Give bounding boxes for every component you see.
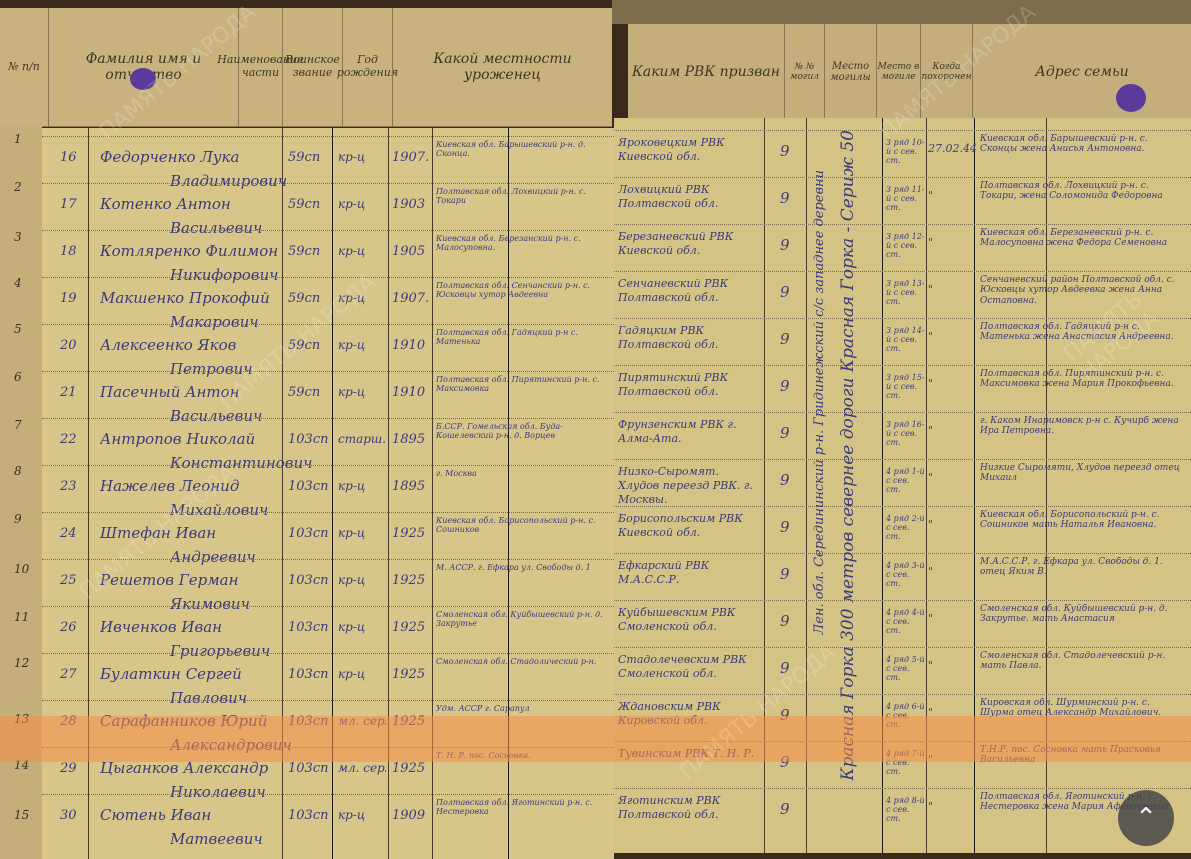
unit: 103сп [288,714,328,729]
burial-date: " [928,518,933,531]
scroll-to-top-button[interactable]: ⌃ [1118,790,1174,846]
surname-name: Котляренко Филимон [100,242,278,260]
rvk: Яготинским РВК Полтавской обл. [618,794,762,822]
grave-number: 9 [780,518,790,536]
burial-date: " [928,377,933,390]
surname-name: Пасечный Антон [100,383,240,401]
family-address: Киевская обл. Борисопольский р-н. с. Сош… [980,510,1186,531]
row-number: 16 [60,150,77,165]
birth-year: 1925 [392,620,425,635]
rank: кр-ц [338,808,386,822]
margin-number: 4 [14,276,22,290]
margin-number: 9 [14,512,22,526]
rvk: Ефкарский РВК М.А.С.С.Р. [618,559,762,587]
surname-name: Макшенко Прокофий [100,289,270,307]
grave-number: 9 [780,659,790,677]
grave-position: 4 ряд 5-й с сев. ст. [886,655,926,683]
unit: 59сп [288,197,320,212]
table-row: 30Сютень ИванМатвеевич103спкр-ц1909Полта… [42,794,614,858]
burial-date: " [928,471,933,484]
birth-year: 1925 [392,573,425,588]
birth-year: 1910 [392,338,425,353]
header-col-grave-place: Место могилы [824,24,876,120]
burial-date: " [928,283,933,296]
burial-date: " [928,330,933,343]
margin-number: 11 [14,610,29,624]
surname-name: Котенко Антон [100,195,231,213]
burial-date: " [928,236,933,249]
surname-name: Цыганков Александр [100,759,268,777]
burial-date: 27.02.44 [928,142,977,155]
origin: Киевская обл. Барышевский р-н. д. Сконца… [436,140,614,158]
margin-number: 10 [14,562,29,576]
unit: 59сп [288,244,320,259]
family-address: М.А.С.С.Р. г. Ефкара ул. Свободы д. 1. о… [980,557,1186,578]
row-number: 30 [60,808,77,823]
unit: 59сп [288,291,320,306]
burial-date: " [928,189,933,202]
unit: 103сп [288,479,328,494]
origin: Смоленская обл. Куйбышевский р-н. д. Зак… [436,610,614,628]
grave-number: 9 [780,424,790,442]
row-number: 22 [60,432,77,447]
unit: 103сп [288,573,328,588]
margin-number: 2 [14,180,22,194]
rvk: Березаневский РВК Киевской обл. [618,230,762,258]
unit: 103сп [288,808,328,823]
grave-position: 3 ряд 14-й с сев. ст. [886,326,926,354]
rvk: Тувинским РВК Т. Н. Р. [618,747,762,761]
rvk: Сенчаневский РВК Полтавской обл. [618,277,762,305]
row-number: 17 [60,197,77,212]
grave-position: 4 ряд 6-й с сев. ст. [886,702,926,730]
grave-position: 4 ряд 4-й с сев. ст. [886,608,926,636]
grave-number: 9 [780,565,790,583]
birth-year: 1910 [392,385,425,400]
row-number: 27 [60,667,77,682]
rvk: Низко-Сыромят. Хлудов переезд РВК. г. Мо… [618,465,762,506]
unit: 103сп [288,761,328,776]
burial-date: " [928,565,933,578]
row-number: 23 [60,479,77,494]
rvk: Пирятинский РВК Полтавской обл. [618,371,762,399]
origin: Полтавская обл. Сенчанский р-н. с. Юсков… [436,281,614,299]
margin-number: 6 [14,370,22,384]
origin: М. АССР. г. Ефкара ул. Свободы д. 1 [436,563,614,572]
burial-date: " [928,753,933,766]
row-number: 21 [60,385,77,400]
rank: кр-ц [338,667,386,681]
grave-number: 9 [780,236,790,254]
ink-stain [130,68,156,90]
grave-number: 9 [780,189,790,207]
grave-position: 3 ряд 12-й с сев. ст. [886,232,926,260]
header-right: Каким РВК призван № № могил Место могилы… [628,24,1191,120]
birth-year: 1925 [392,526,425,541]
ink-stain [1116,84,1146,112]
rank: мл. серж. [338,761,386,775]
origin: Киевская обл. Березанский р-н. с. Малосу… [436,234,614,252]
origin: Смоленская обл. Стадолический р-н. [436,657,614,666]
burial-date: " [928,612,933,625]
burial-date: " [928,800,933,813]
rank: кр-ц [338,479,386,493]
row-number: 29 [60,761,77,776]
origin: Удм. АССР г. Сарапул [436,704,614,713]
grave-number: 9 [780,753,790,771]
surname-name: Нажелев Леонид [100,477,239,495]
header-col-family: Адрес семьи [972,24,1191,120]
origin: Полтавская обл. Лохвицкий р-н. с. Токари [436,187,614,205]
origin: г. Москва [436,469,614,478]
rank: кр-ц [338,291,386,305]
margin-number: 15 [14,808,29,822]
row-number: 18 [60,244,77,259]
unit: 59сп [288,338,320,353]
margin-number: 12 [14,656,29,670]
rank: кр-ц [338,526,386,540]
grave-number: 9 [780,800,790,818]
grave-number: 9 [780,377,790,395]
unit: 103сп [288,526,328,541]
surname-name: Решетов Герман [100,571,238,589]
burial-date: " [928,706,933,719]
margin-number: 5 [14,322,22,336]
grave-number: 9 [780,612,790,630]
header-col-origin: Какой местности уроженец [392,8,612,126]
grave-number: 9 [780,142,790,160]
unit: 103сп [288,620,328,635]
birth-year: 1895 [392,432,425,447]
rank: кр-ц [338,385,386,399]
grave-number: 9 [780,706,790,724]
family-address: Смоленская обл. Куйбышевский р-н. д. Зак… [980,604,1186,625]
rvk: Лохвицкий РВК Полтавской обл. [618,183,762,211]
margin-number: 8 [14,464,22,478]
header-col-rank: Воинское звание [282,8,342,126]
family-address: Полтавская обл. Пирятинский р-н. с. Макс… [980,369,1186,390]
unit: 103сп [288,667,328,682]
margin-number: 3 [14,230,22,244]
rank: кр-ц [338,573,386,587]
rank: кр-ц [338,620,386,634]
origin: Т. Н. Р. пос. Сосновка. [436,751,614,760]
surname-name: Булаткин Сергей [100,665,242,683]
surname-name: Федорченко Лука [100,148,239,166]
family-address: Полтавская обл. Лохвицкий р-н. с. Токари… [980,181,1186,202]
header-col-num: № п/п [0,8,48,126]
row-number: 24 [60,526,77,541]
header-col-grave-no: № № могил [784,24,824,120]
birth-year: 1925 [392,714,425,729]
header-col-rvk: Каким РВК призван [628,24,784,120]
family-address: Смоленская обл. Стадолечевский р-н. мать… [980,651,1186,672]
sheet-left: 16Федорченко ЛукаВладимирович59спкр-ц190… [42,128,614,859]
surname-name: Сютень Иван [100,806,211,824]
grave-position: 4 ряд 3-й с сев. ст. [886,561,926,589]
grave-position: 3 ряд 16-й с сев. ст. [886,420,926,448]
margin-row-numbers: 1 2 3 4 5 6 7 8 9 10 11 12 13 14 15 [0,126,42,859]
grave-position: 4 ряд 8-й с сев. ст. [886,796,926,824]
grave-number: 9 [780,471,790,489]
rvk: Стадолечевским РВК Смоленской обл. [618,653,762,681]
grave-position: 4 ряд 7-й с сев. ст. [886,749,926,777]
unit: 103сп [288,432,328,447]
rank: кр-ц [338,338,386,352]
family-address: Сенчаневский район Полтавской обл. с. Юс… [980,275,1186,306]
surname-name: Сарафанников Юрий [100,712,267,730]
surname-name: Ивченков Иван [100,618,222,636]
surname-name: Штефан Иван [100,524,216,542]
rvk: Гадяцким РВК Полтавской обл. [618,324,762,352]
patronymic: Матвеевич [170,830,263,848]
grave-position: 3 ряд 10-й с сев. ст. [886,138,926,166]
row-number: 25 [60,573,77,588]
rvk: Борисопольским РВК Киевской обл. [618,512,762,540]
family-address: г. Каком Инаримовск р-н с. Кучирб жена И… [980,416,1186,437]
birth-year: 1903 [392,197,425,212]
rvk: Яроковецким РВК Киевской обл. [618,136,762,164]
rank: кр-ц [338,197,386,211]
family-address: Низкие Сыромяти, Хлудов переезд отец Мих… [980,463,1186,484]
rank: старш. [338,432,386,446]
rvk: Фрунзенским РВК г. Алма-Ата. [618,418,762,446]
origin: Полтавская обл. Гадяцкий р-н с. Матенька [436,328,614,346]
header-col-buried: Когда похоронен [920,24,972,120]
grave-position: 3 ряд 15-й с сев. ст. [886,373,926,401]
family-address: Кировская обл. Шурминский р-н. с. Шурма … [980,698,1186,719]
family-address: Полтавская обл. Гадяцкий р-н с. Матенька… [980,322,1186,343]
row-number: 28 [60,714,77,729]
family-address: Т.Н.Р. пос. Сосновка мать Прасковья Васи… [980,745,1186,766]
header-col-year: Год рождения [342,8,392,126]
row-number: 19 [60,291,77,306]
row-number: 20 [60,338,77,353]
rvk: Куйбышевским РВК Смоленской обл. [618,606,762,634]
birth-year: 1925 [392,667,425,682]
header-col-unit: Наименование части [238,8,282,126]
origin: Киевская обл. Борисопольский р-н. с. Сош… [436,516,614,534]
grave-number: 9 [780,330,790,348]
family-address: Киевская обл. Березаневский р-н. с. Мало… [980,228,1186,249]
surname-name: Антропов Николай [100,430,255,448]
chevron-up-icon: ⌃ [1135,803,1157,833]
origin: Б.ССР. Гомельская обл. Буда-Кошелевский … [436,422,614,440]
birth-year: 1909 [392,808,425,823]
rvk: Ждановским РВК Кировской обл. [618,700,762,728]
unit: 59сп [288,385,320,400]
margin-number: 14 [14,758,29,772]
header-col-grave-pos: Место в могиле [876,24,920,120]
surname-name: Алексеенко Яков [100,336,236,354]
table-row: Яготинским РВК Полтавской обл.94 ряд 8-й… [614,788,1191,852]
burial-date: " [928,424,933,437]
birth-year: 1907. [392,150,429,165]
grave-position: 3 ряд 11-й с сев. ст. [886,185,926,213]
grave-location-line2: Красная Горка 300 метров севернее дороги… [838,130,858,781]
birth-year: 1907. [392,291,429,306]
grave-position: 4 ряд 1-й с сев. ст. [886,467,926,495]
birth-year: 1905 [392,244,425,259]
sheet-right: Яроковецким РВК Киевской обл.93 ряд 10-й… [614,118,1191,853]
margin-number: 13 [14,712,29,726]
grave-location-note: Лен. обл. Середининский р-н. Гридинежски… [806,130,876,850]
grave-number: 9 [780,283,790,301]
row-number: 26 [60,620,77,635]
margin-number: 1 [14,132,22,146]
burial-date: " [928,659,933,672]
birth-year: 1895 [392,479,425,494]
paper-edge [612,0,1191,24]
rank: кр-ц [338,150,386,164]
margin-number: 7 [14,418,22,432]
grave-location-line1: Лен. обл. Середининский р-н. Гридинежски… [812,170,827,635]
origin: Полтавская обл. Яготинский р-н. с. Несте… [436,798,614,816]
unit: 59сп [288,150,320,165]
grave-position: 4 ряд 2-й с сев. ст. [886,514,926,542]
origin: Полтавская обл. Пирятинский р-н. с. Макс… [436,375,614,393]
header-left: № п/п Фамилия имя и отчество Наименовани… [0,8,612,127]
rank: кр-ц [338,244,386,258]
grave-position: 3 ряд 13-й с сев. ст. [886,279,926,307]
birth-year: 1925 [392,761,425,776]
family-address: Киевская обл. Барышевский р-н. с. Сконцы… [980,134,1186,155]
header-col-name: Фамилия имя и отчество [48,8,238,126]
rank: мл. серж [338,714,386,728]
